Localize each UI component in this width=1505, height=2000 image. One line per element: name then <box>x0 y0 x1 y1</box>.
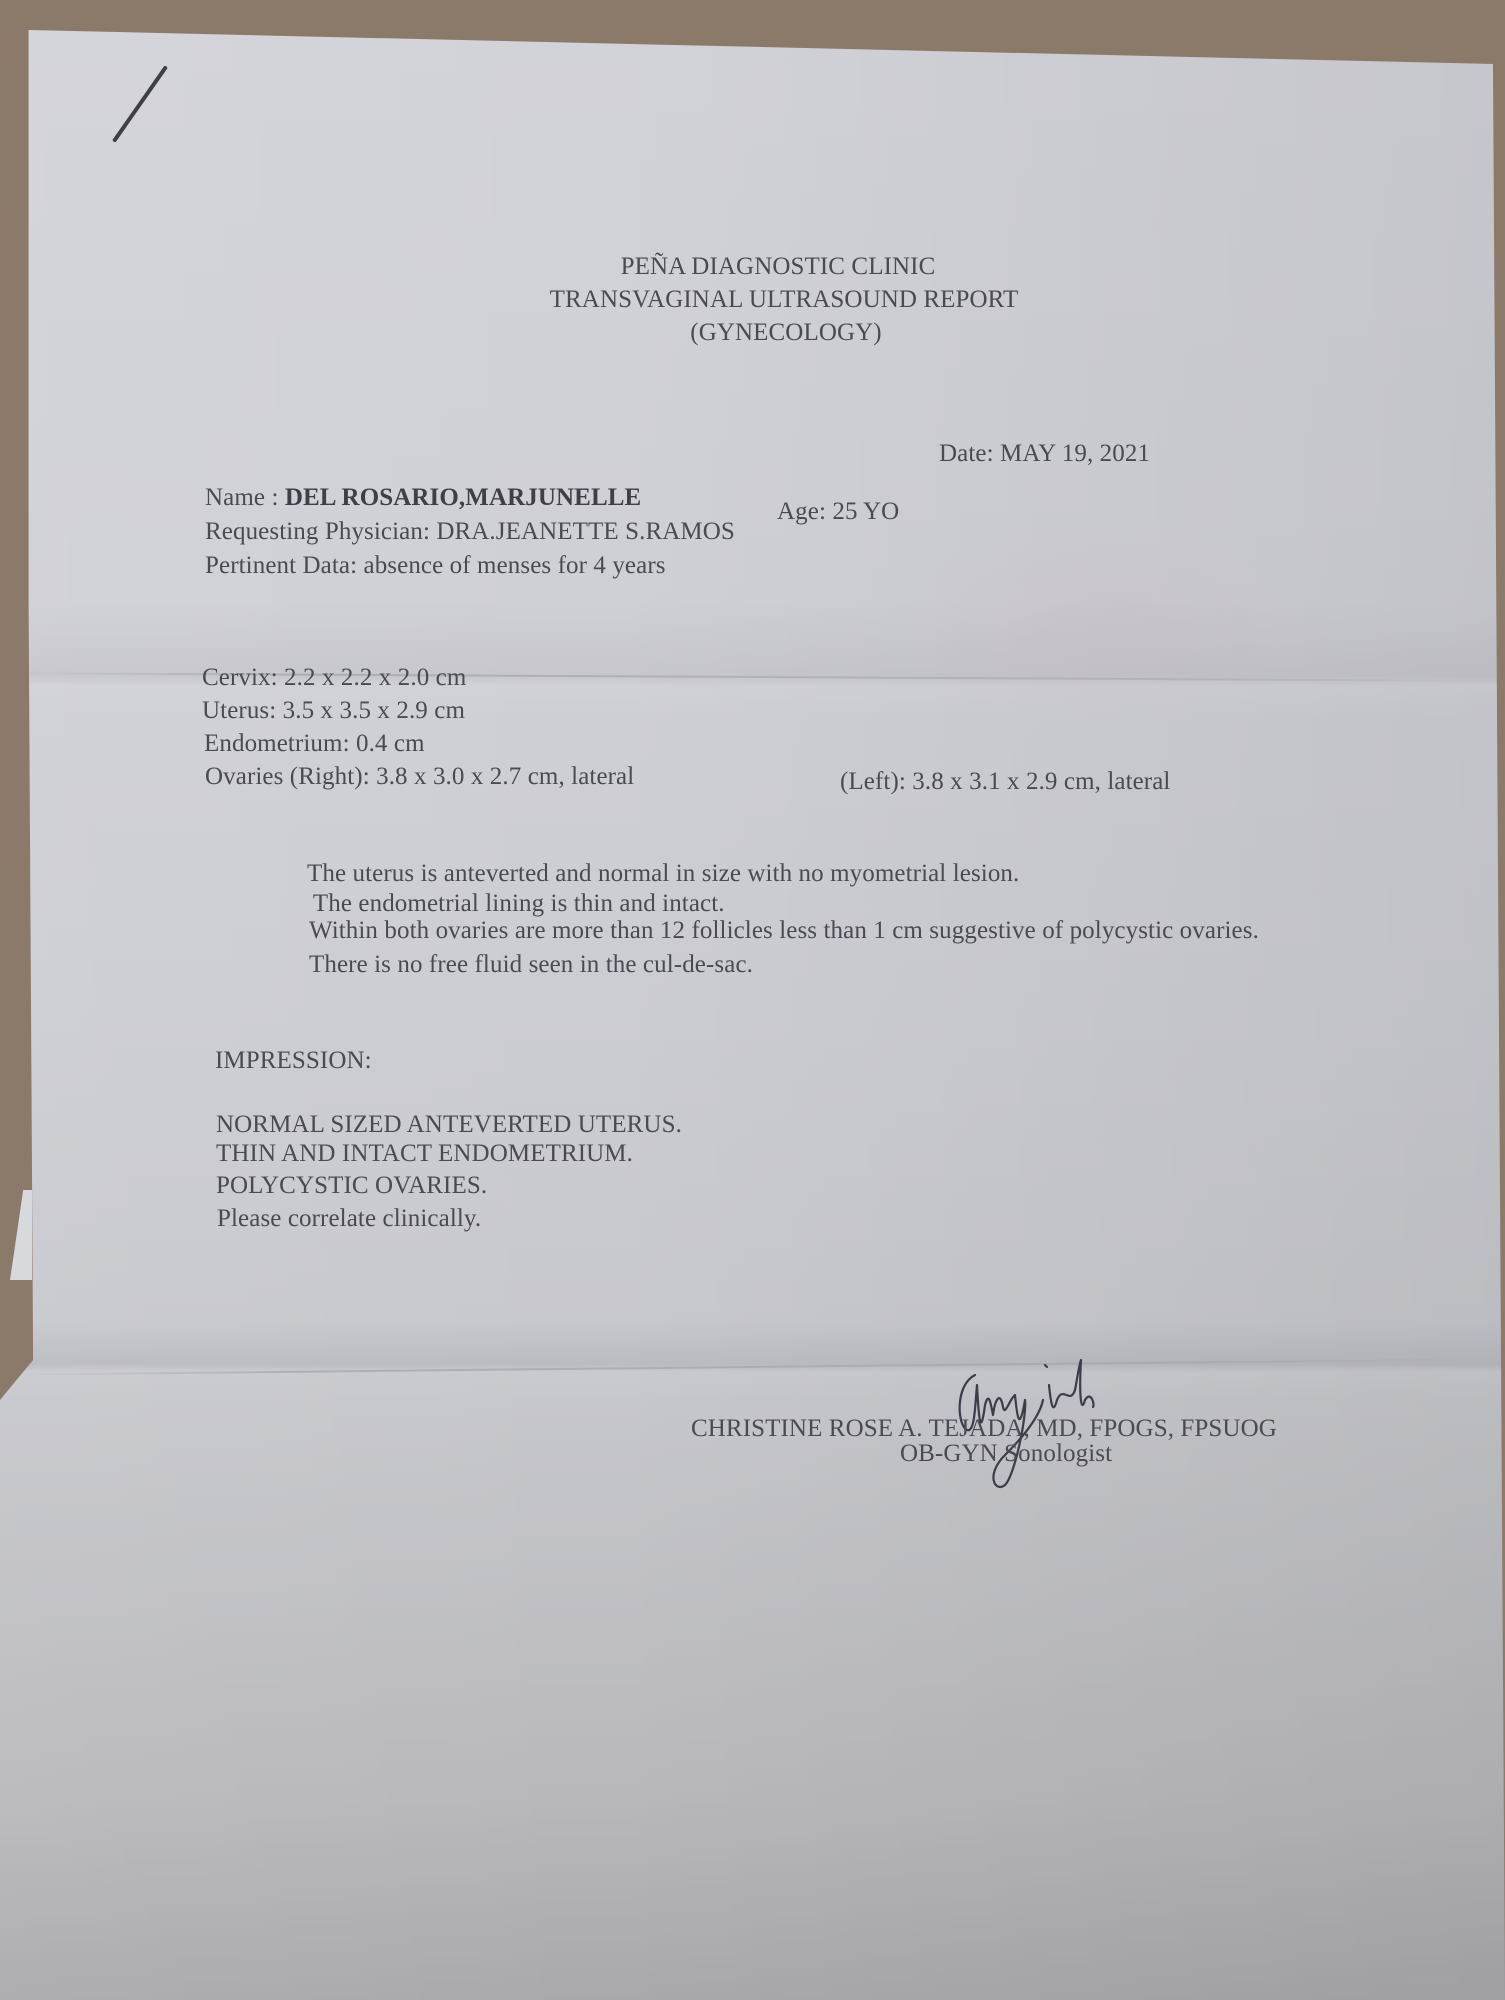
finding-line: There is no free fluid seen in the cul-d… <box>309 951 753 979</box>
report-subtitle: (GYNECOLOGY) <box>690 319 881 347</box>
signatory-name: CHRISTINE ROSE A. TEJADA, MD, FPOGS, FPS… <box>691 1415 1277 1443</box>
patient-age: Age: 25 YO <box>777 498 899 526</box>
signatory-title: OB-GYN Sonologist <box>900 1440 1112 1468</box>
requesting-physician: Requesting Physician: DRA.JEANETTE S.RAM… <box>205 518 735 546</box>
report-title: TRANSVAGINAL ULTRASOUND REPORT <box>550 286 1019 314</box>
patient-name-label: Name : <box>205 484 279 511</box>
report-paper: PEÑA DIAGNOSTIC CLINIC TRANSVAGINAL ULTR… <box>0 0 1505 2000</box>
cervix-measurement: Cervix: 2.2 x 2.2 x 2.0 cm <box>202 664 466 692</box>
impression-heading: IMPRESSION: <box>215 1047 372 1075</box>
finding-line: The endometrial lining is thin and intac… <box>307 890 725 918</box>
impression-line: THIN AND INTACT ENDOMETRIUM. <box>216 1140 633 1168</box>
paper-scrap <box>10 1190 32 1280</box>
paper-stain <box>900 520 1300 720</box>
pertinent-data: Pertinent Data: absence of menses for 4 … <box>205 552 666 580</box>
impression-line: Please correlate clinically. <box>217 1205 481 1233</box>
report-date: Date: MAY 19, 2021 <box>939 440 1150 468</box>
right-ovary-measurement: Ovaries (Right): 3.8 x 3.0 x 2.7 cm, lat… <box>205 763 634 791</box>
patient-name-value: DEL ROSARIO,MARJUNELLE <box>285 484 641 511</box>
finding-line: Within both ovaries are more than 12 fol… <box>309 917 1259 945</box>
impression-line: POLYCYSTIC OVARIES. <box>216 1172 487 1200</box>
impression-line: NORMAL SIZED ANTEVERTED UTERUS. <box>216 1111 682 1139</box>
endometrium-measurement: Endometrium: 0.4 cm <box>204 730 425 758</box>
clinic-name: PEÑA DIAGNOSTIC CLINIC <box>621 253 936 281</box>
uterus-measurement: Uterus: 3.5 x 3.5 x 2.9 cm <box>202 697 465 725</box>
patient-name-row: Name : DEL ROSARIO,MARJUNELLE <box>205 484 641 512</box>
fold-crease-lower <box>0 1358 1505 1376</box>
pen-check-mark <box>112 65 168 143</box>
finding-line: The uterus is anteverted and normal in s… <box>307 860 1019 888</box>
left-ovary-measurement: (Left): 3.8 x 3.1 x 2.9 cm, lateral <box>840 768 1170 796</box>
